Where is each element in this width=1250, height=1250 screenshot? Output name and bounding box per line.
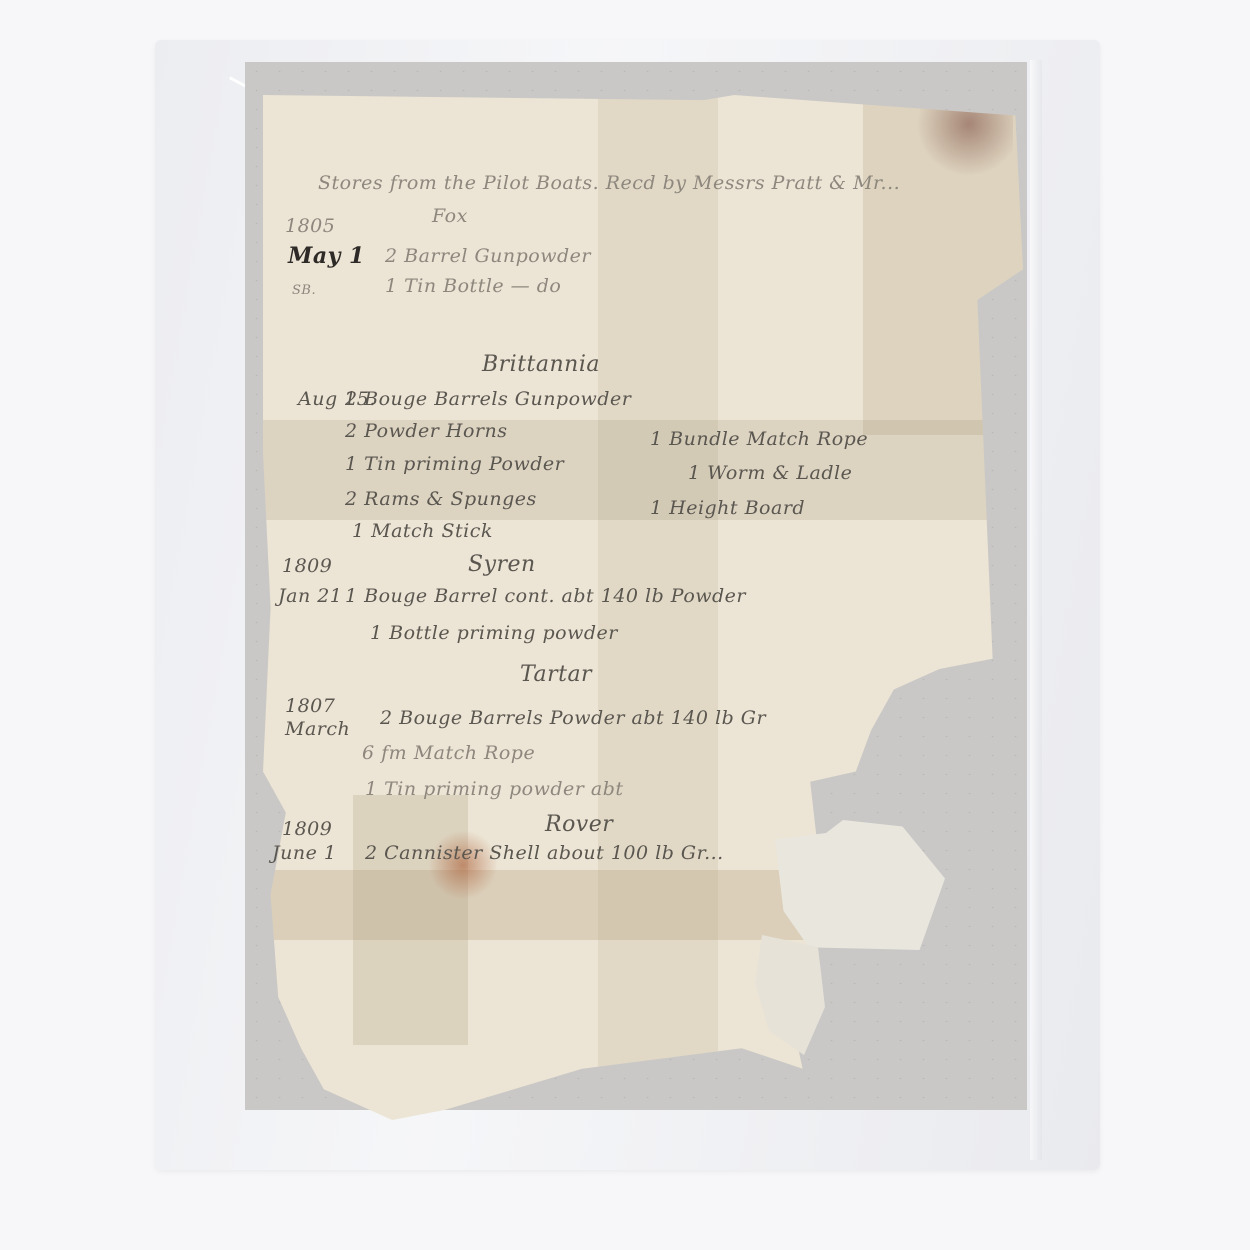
entry-note: SB. [292,283,316,298]
rust-stain [428,825,498,905]
entry-item: 1 Tin Bottle — do [385,275,561,297]
vessel-name: Brittannia [482,352,600,377]
entry-date: June 1 [272,842,336,864]
entry-item: 1 Bundle Match Rope [650,428,868,450]
document-heading: Stores from the Pilot Boats. Recd by Mes… [318,172,900,194]
entry-item: 6 fm Match Rope [362,742,535,764]
tape-stain [598,95,718,1120]
entry-item: 2 Rams & Spunges [345,488,537,510]
entry-item: 1 Bottle priming powder [370,622,618,644]
entry-year: 1805 [285,215,335,237]
entry-year: 1809 [282,555,332,577]
entry-date: March [285,718,350,740]
vessel-name: Syren [468,552,536,577]
vessel-name: Rover [545,812,613,837]
entry-date: May 1 [288,243,365,269]
entry-item: 1 Bouge Barrel cont. abt 140 lb Powder [345,585,746,607]
entry-item: 1 Worm & Ladle [688,462,852,484]
document-subheading: Fox [432,205,468,227]
entry-item: 1 Height Board [650,497,805,519]
sleeve-edge [1030,60,1042,1160]
entry-item: 2 Barrel Gunpowder [385,245,591,267]
entry-item: 2 Powder Horns [345,420,507,442]
entry-item: 1 Tin priming Powder [345,453,564,475]
entry-item: 2 Bouge Barrels Powder abt 140 lb Gr [380,707,766,729]
entry-year: 1809 [282,818,332,840]
entry-item: 2 Cannister Shell about 100 lb Gr... [365,842,724,864]
entry-year: 1807 [285,695,335,717]
entry-item: 1 Match Stick [352,520,493,542]
entry-date: Jan 21 [278,585,342,607]
entry-item: 2 Bouge Barrels Gunpowder [345,388,631,410]
entry-item: 1 Tin priming powder abt [365,778,624,800]
vessel-name: Tartar [520,662,592,687]
